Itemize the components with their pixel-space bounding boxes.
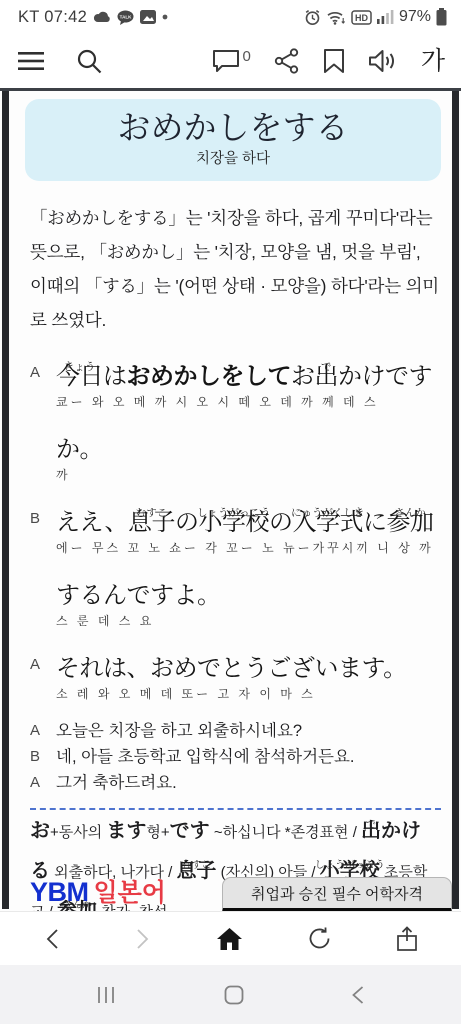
speaker-label: B	[30, 496, 56, 556]
font-size-button[interactable]: 가	[421, 48, 445, 74]
home-icon[interactable]	[224, 985, 244, 1005]
speaker-label: B	[30, 744, 56, 770]
text-segment: の	[269, 509, 293, 536]
pronunciation-text: 스 룬 데 스 요	[56, 613, 441, 629]
text-segment: 息子むすこ	[128, 508, 175, 538]
text-segment: は	[103, 363, 127, 390]
text-segment: 小学校しょうがっこう	[198, 508, 269, 538]
search-icon[interactable]	[76, 48, 103, 75]
text-segment: 형	[146, 824, 161, 841]
speaker-label: A	[30, 770, 56, 796]
text-segment: ええ、	[56, 509, 128, 536]
translation-row: B 네, 아들 초등학교 입학식에 참석하거든요.	[30, 744, 441, 770]
text-segment: 出で	[315, 362, 339, 392]
share-icon[interactable]	[395, 926, 419, 952]
android-nav-bar	[0, 965, 461, 1024]
comment-button[interactable]: 0	[212, 49, 251, 73]
speaker-label: A	[30, 350, 56, 410]
forward-icon[interactable]	[129, 927, 153, 951]
signal-icon	[377, 10, 394, 24]
dialogue-line: A それは、おめでとうございます。 소 레 와 오 메 데 또ー 고 자 이 마…	[30, 642, 441, 702]
japanese-text: ええ、息子むすこの小学校しょうがっこうの入学式にゅうがくしきに参加さんか	[56, 496, 441, 538]
translation-block: A 오늘은 치장을 하고 외출하시네요? B 네, 아들 초등학교 입학식에 참…	[30, 718, 441, 796]
ybm-logo-japanese: 일본어	[94, 879, 166, 907]
share-icon[interactable]	[274, 48, 300, 74]
text-segment: 今日きょう	[56, 362, 103, 392]
pronunciation-text: 까	[56, 467, 441, 483]
page-left-edge	[2, 91, 9, 909]
browser-toolbar: 0 가	[0, 34, 461, 88]
speaker-label: A	[30, 642, 56, 702]
dot-icon	[162, 14, 168, 20]
comment-count: 0	[243, 49, 251, 64]
translation-text: 그거 축하드려요.	[56, 770, 177, 796]
alarm-icon	[304, 9, 321, 26]
text-segment: 参加さんか	[386, 508, 433, 538]
status-bar: KT 07:42 TALK HD 97%	[0, 0, 461, 34]
lesson-subtitle: 치장을 하다	[25, 149, 441, 169]
recents-icon[interactable]	[96, 986, 116, 1004]
dialogue-line: B ええ、息子むすこの小学校しょうがっこうの入学式にゅうがくしきに参加さんか 에…	[30, 496, 441, 556]
text-segment: 入学式にゅうがくしき	[292, 508, 363, 538]
speaker-label	[30, 423, 56, 483]
japanese-text: 今日きょうはおめかしをしてお出でかけです	[56, 350, 441, 392]
svg-text:HD: HD	[355, 13, 368, 23]
ybm-logo: YBM일본어	[30, 873, 166, 912]
lesson-title: おめかしをする	[25, 108, 441, 148]
qualification-tab-button[interactable]: 취업과 승진 필수 어학자격	[222, 877, 452, 912]
bookmark-icon[interactable]	[323, 48, 345, 74]
furigana: きょう	[64, 352, 96, 382]
cloud-icon	[93, 10, 111, 24]
text-segment: お	[30, 820, 50, 842]
page-footer: YBM일본어 취업과 승진 필수 어학자격	[30, 873, 452, 912]
furigana: で	[366, 807, 376, 845]
lesson-intro: 「おめかしをする」는 '치장을 하다, 곱게 꾸미다'라는 뜻으로, 「おめかし…	[30, 201, 441, 337]
svg-text:TALK: TALK	[120, 14, 132, 19]
translation-text: 네, 아들 초등학교 입학식에 참석하거든요.	[56, 744, 354, 770]
back-icon[interactable]	[42, 927, 66, 951]
dialogue-line: A 今日きょうはおめかしをしてお出でかけです 쿄ー 와 오 메 까 시 오 시 …	[30, 350, 441, 410]
page-right-edge	[452, 91, 459, 909]
battery-icon	[436, 8, 447, 26]
battery-percent: 97%	[399, 8, 431, 26]
lesson-page: おめかしをする 치장을 하다 「おめかしをする」는 '치장을 하다, 곱게 꾸미…	[0, 88, 461, 912]
furigana: で	[321, 352, 332, 382]
text-segment: の	[175, 509, 199, 536]
text-segment: おめかしをして	[127, 363, 292, 390]
text-segment: +동사의	[50, 824, 106, 841]
furigana: さんか	[394, 498, 426, 528]
text-segment: に	[363, 509, 387, 536]
volume-icon[interactable]	[368, 48, 398, 74]
ybm-logo-text: YBM	[30, 877, 89, 907]
image-icon	[140, 10, 156, 24]
dialogue-line: するんですよ。 스 룬 데 스 요	[30, 569, 441, 629]
text-segment: 出で	[361, 812, 381, 850]
refresh-icon[interactable]	[307, 926, 332, 951]
hd-icon: HD	[351, 10, 372, 25]
text-segment: それは、おめでとうございます。	[56, 655, 407, 682]
text-segment: ます	[106, 820, 146, 842]
browser-bottom-nav	[0, 911, 461, 965]
japanese-text: か。	[56, 423, 441, 465]
dialogue-line: か。 까	[30, 423, 441, 483]
translation-row: A 그거 축하드려요.	[30, 770, 441, 796]
text-segment: するんですよ。	[56, 582, 221, 609]
comment-icon	[212, 49, 240, 73]
speaker-label: A	[30, 718, 56, 744]
furigana: にゅうがくしき	[291, 498, 364, 528]
translation-row: A 오늘은 치장을 하고 외출하시네요?	[30, 718, 441, 744]
japanese-text: するんですよ。	[56, 569, 441, 611]
text-segment: です	[170, 820, 210, 842]
text-segment: ~하십니다 *존경표현 /	[210, 824, 361, 841]
home-icon[interactable]	[216, 927, 243, 951]
pronunciation-text: 에ー 무스 꼬 노 쇼ー 각 꼬ー 노 뉴ー가꾸시끼 니 상 까	[56, 540, 441, 556]
kakaotalk-icon: TALK	[117, 10, 134, 25]
speaker-label	[30, 569, 56, 629]
furigana: しょうがっこう	[197, 498, 271, 528]
back-icon[interactable]	[351, 985, 365, 1005]
text-segment: かけです	[338, 363, 432, 390]
lesson-header: おめかしをする 치장을 하다	[25, 99, 441, 181]
translation-text: 오늘은 치장을 하고 외출하시네요?	[56, 718, 302, 744]
dashed-divider	[30, 808, 441, 810]
text-segment: お	[291, 363, 315, 390]
text-segment: +	[161, 824, 170, 841]
text-segment: か。	[56, 436, 103, 463]
japanese-text: それは、おめでとうございます。	[56, 642, 441, 684]
furigana: むすこ	[136, 498, 168, 528]
menu-icon[interactable]	[18, 51, 44, 71]
wifi-icon	[326, 10, 346, 25]
pronunciation-text: 쿄ー 와 오 메 까 시 오 시 떼 오 데 까 께 데 스	[56, 394, 441, 410]
carrier-time: KT 07:42	[18, 8, 87, 27]
pronunciation-text: 소 레 와 오 메 데 또ー 고 자 이 마 스	[56, 686, 441, 702]
